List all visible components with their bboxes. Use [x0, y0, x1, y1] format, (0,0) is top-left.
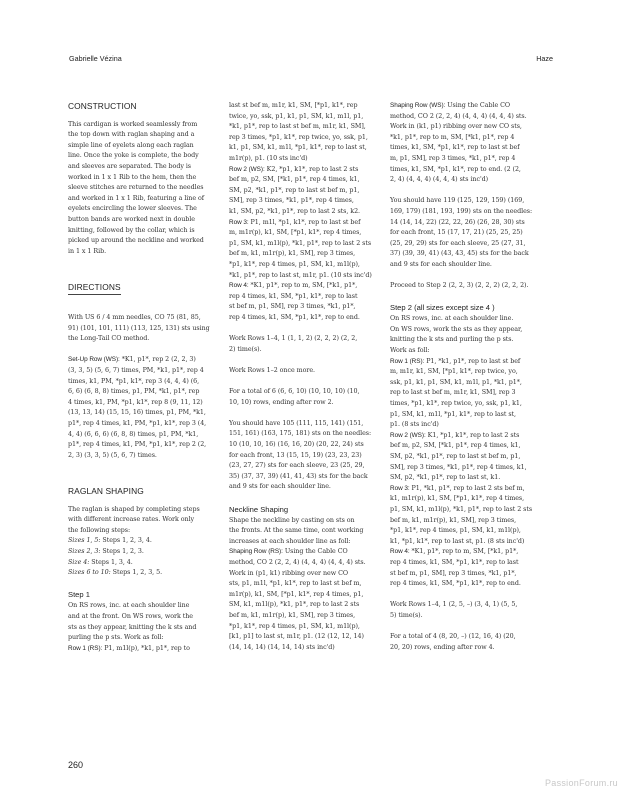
- step1-paragraph: On RS rows, inc. at each shoulder line a…: [68, 601, 211, 654]
- text-line: 20, 20) rows, ending after row 4.: [390, 643, 533, 654]
- proceed-paragraph: Proceed to Step 2 (2, 2, 3) (2, 2, 2) (2…: [390, 281, 533, 292]
- text-line: 10 (10, 10, 16) (16, 16, 20) (20, 22, 24…: [229, 440, 372, 451]
- step2-paragraph: On RS rows, inc. at each shoulder line. …: [390, 314, 533, 356]
- step2-row3: Row 3: P1, *k1, p1*, rep to last 2 sts b…: [390, 484, 533, 548]
- text-line: 37) (39, 39, 41) (43, 43, 45) sts for th…: [390, 249, 533, 260]
- text-line: and 9 sts for each shoulder line.: [229, 482, 372, 493]
- text-line: SM, p2, *k1, p1*, rep to last st bef m, …: [390, 452, 533, 463]
- text-line: st bef m, p1, SM], rep 3 times, *k1, p1*…: [229, 302, 372, 313]
- text-line: On RS rows, inc. at each shoulder line: [68, 601, 211, 612]
- text-line: P1, m1l, *p1, k1*, rep to last st bef: [249, 219, 361, 226]
- text-line: the following steps:: [68, 526, 211, 537]
- directions-heading: DIRECTIONS: [68, 282, 121, 295]
- text-line: times, *p1, k1*, rep twice, yo, ssk, p1,…: [390, 399, 533, 410]
- text-line: Work Rows 1–4, 1 (1, 1, 2) (2, 2, 2) (2,…: [229, 334, 372, 345]
- row4-instructions: Row 4: *K1, p1*, rep to m, SM, [*k1, p1*…: [229, 281, 372, 323]
- column-3: Shaping Row (WS): Using the Cable CO met…: [390, 101, 533, 653]
- size-label: Sizes 1, 5:: [68, 537, 100, 544]
- row-label: Row 1 (RS):: [390, 358, 424, 365]
- text-line: bef m, k1, m1r(p), k1, SM], rep 3 times,: [229, 611, 372, 622]
- text-line: picked up around the neckline and worked: [68, 236, 211, 247]
- text-line: 2) time(s).: [229, 345, 372, 356]
- text-line: knitting the k sts and purling the p sts…: [390, 335, 533, 346]
- row-label: Shaping Row (WS):: [390, 102, 445, 109]
- setup-row: Set-Up Row (WS): *K1, p1*, rep 2 (2, 2, …: [68, 355, 211, 461]
- row2-instructions: Row 2 (WS): K2, *p1, k1*, rep to last 2 …: [229, 165, 372, 218]
- text-line: times, k1, PM, *p1, k1*, rep 3 (4, 4, 4)…: [68, 377, 211, 388]
- text-line: (25, 29, 29) sts for each sleeve, 25 (27…: [390, 239, 533, 250]
- construction-paragraph: This cardigan is worked seamlessly from …: [68, 120, 211, 258]
- text-line: 35) (37, 37, 39) (41, 41, 43) sts for th…: [229, 472, 372, 483]
- text-line: bef m, p2, SM, [*k1, p1*, rep 4 times, k…: [390, 441, 533, 452]
- size-steps: Steps 1, 3, 4.: [89, 559, 132, 566]
- text-line: bef m, p2, SM, [*k1, p1*, rep 4 times, k…: [229, 175, 372, 186]
- text-line: st bef m, p1, SM], rep 3 times, *k1, p1*…: [390, 569, 533, 580]
- step2-row2: Row 2 (WS): K1, *p1, k1*, rep to last 2 …: [390, 431, 533, 484]
- text-line: rep 4 times, k1, SM, *p1, k1*, rep to en…: [229, 313, 372, 324]
- neckline-paragraph: Shape the neckline by casting on sts on …: [229, 516, 372, 654]
- total-rows-paragraph: For a total of 4 (8, 20, –) (12, 16, 4) …: [390, 632, 533, 653]
- text-line: times, k1, SM, *p1, k1*, rep to last st …: [390, 143, 533, 154]
- text-line: *k1, p1*, rep to last st bef m, m1r, k1,…: [229, 122, 372, 133]
- text-line: 14 (14, 14, 22) (22, 22, 26) (26, 28, 30…: [390, 218, 533, 229]
- size-label: Sizes 6 to 10:: [68, 569, 111, 576]
- row-label: Shaping Row (RS):: [229, 548, 283, 555]
- text-line: SM, p2, *k1, p1*, rep to last st, k1.: [390, 473, 533, 484]
- column-2: last st bef m, m1r, k1, SM, [*p1, k1*, r…: [229, 101, 372, 653]
- text-line: (3, 3, 5) (5, 6, 7) times, PM, *k1, p1*,…: [68, 366, 211, 377]
- text-line: 6, 6) (6, 8, 8) times, p1, PM, *k1, p1*,…: [68, 387, 211, 398]
- text-line: 4 times, k1, PM, *p1, k1*, rep 8 (9, 11,…: [68, 398, 211, 409]
- text-line: This cardigan is worked seamlessly from: [68, 120, 211, 131]
- text-line: 169, 179) (181, 193, 199) sts on the nee…: [390, 207, 533, 218]
- text-line: *k1, p1*, rep to m, SM, [*k1, p1*, rep 4: [390, 133, 533, 144]
- text-line: the top down with raglan shaping and a: [68, 130, 211, 141]
- text-line: Work in (p1, k1) ribbing over new CO: [229, 569, 372, 580]
- text-line: Work in (k1, p1) ribbing over new CO sts…: [390, 122, 533, 133]
- text-line: p1. (8 sts inc'd): [390, 420, 533, 431]
- text-line: *K1, p1*, rep to m, SM, [*k1, p1*,: [249, 282, 358, 289]
- text-line: and worked in 1 x 1 Rib, featuring a lin…: [68, 194, 211, 205]
- row-label: Row 2 (WS):: [390, 432, 426, 439]
- text-line: *k1, p1*, rep to last st, m1r, p1. (10 s…: [229, 271, 372, 282]
- text-line: 5) time(s).: [390, 611, 533, 622]
- text-line: Work as foll:: [390, 346, 533, 357]
- text-line: rep 4 times, k1, SM, *p1, k1*, rep to la…: [390, 558, 533, 569]
- setup-row-label: Set-Up Row (WS):: [68, 356, 120, 363]
- text-line: You should have 105 (111, 115, 141) (151…: [229, 419, 372, 430]
- text-line: m, m1r, k1, SM, [*p1, k1*, rep twice, yo…: [390, 367, 533, 378]
- text-line: (13, 13, 14) (15, 15, 16) times, p1, PM,…: [68, 408, 211, 419]
- text-line: *p1, k1*, rep 4 times, p1, SM, k1, m1l(p…: [229, 622, 372, 633]
- text-line: You should have 119 (125, 129, 159) (169…: [390, 196, 533, 207]
- row-label: Row 1 (RS):: [68, 645, 102, 652]
- work-rows-paragraph: Work Rows 1–4, 1 (2, 5, –) (3, 4, 1) (5,…: [390, 600, 533, 621]
- pattern-title: Haze: [536, 54, 553, 63]
- text-line: On WS rows, work the sts as they appear,: [390, 325, 533, 336]
- text-line: in 1 x 1 Rib.: [68, 247, 211, 258]
- work-once-paragraph: Work Rows 1–2 once more.: [229, 366, 372, 377]
- text-line: k1, p1, SM, k1, m1l, *p1, k1*, rep to la…: [229, 143, 372, 154]
- stitch-count-paragraph: You should have 119 (125, 129, 159) (169…: [390, 196, 533, 270]
- text-line: and at the front. On WS rows, work the: [68, 612, 211, 623]
- text-line: m1r(p), k1, SM, [*p1, k1*, rep 4 times, …: [229, 590, 372, 601]
- text-line: (23, 27, 27) sts for each sleeve, 23 (25…: [229, 461, 372, 472]
- text-line: the Long-Tail CO method.: [68, 334, 211, 345]
- text-line: worked in 1 x 1 Rib to the hem, then the: [68, 173, 211, 184]
- size-label: Sizes 2, 3:: [68, 548, 100, 555]
- text-line: bef m, k1, m1r(p), k1, SM], rep 3 times,: [390, 516, 533, 527]
- text-line: bef m, k1, m1r(p), k1, SM], rep 3 times,: [229, 249, 372, 260]
- text-line: SM], rep 3 times, *k1, p1*, rep 4 times,: [229, 196, 372, 207]
- text-line: with different increase rates. Work only: [68, 515, 211, 526]
- shaping-ws-row: Shaping Row (WS): Using the Cable CO met…: [390, 101, 533, 186]
- text-line: k1, SM, p2, *k1, p1*, rep to last 2 sts,…: [229, 207, 372, 218]
- row-label: Row 4:: [229, 282, 249, 289]
- text-line: SM], rep 3 times, *k1, p1*, rep 4 times,…: [390, 463, 533, 474]
- text-line: rep 4 times, k1, SM, *p1, k1*, rep to en…: [390, 579, 533, 590]
- text-line: *K1, p1*, rep 2 (2, 2, 3): [120, 356, 196, 363]
- text-line: 91) (101, 101, 111) (113, 125, 131) sts …: [68, 324, 211, 335]
- text-line: m1r(p), p1. (10 sts inc'd): [229, 154, 372, 165]
- row-label: Row 2 (WS):: [229, 166, 265, 173]
- text-line: line. Once the yoke is complete, the bod…: [68, 151, 211, 162]
- text-line: For a total of 4 (8, 20, –) (12, 16, 4) …: [390, 632, 533, 643]
- text-line: last st bef m, m1r, k1, SM, [*p1, k1*, r…: [229, 101, 372, 112]
- text-line: simple line of eyelets along each raglan: [68, 141, 211, 152]
- size-label: Size 4:: [68, 559, 89, 566]
- text-line: sleeve stitches are returned to the need…: [68, 183, 211, 194]
- text-line: p1, SM, k1, m1l, *p1, k1*, rep to last s…: [390, 410, 533, 421]
- text-line: (14, 14, 14) (14, 14, 14) sts inc'd): [229, 643, 372, 654]
- text-line: *p1, k1*, rep 4 times, p1, SM, k1, m1l(p…: [229, 260, 372, 271]
- neckline-heading: Neckline Shaping: [229, 504, 372, 516]
- text-line: K2, *p1, k1*, rep to last 2 sts: [265, 166, 359, 173]
- text-line: p1, SM, k1, m1l(p), *k1, p1*, rep to las…: [229, 239, 372, 250]
- text-line: button bands are worked next in double: [68, 215, 211, 226]
- text-line: m, p1, SM], rep 3 times, *k1, p1*, rep 4: [390, 154, 533, 165]
- text-line: Work Rows 1–4, 1 (2, 5, –) (3, 4, 1) (5,…: [390, 600, 533, 611]
- text-line: For a total of 6 (6, 6, 10) (10, 10, 10)…: [229, 387, 372, 398]
- construction-heading: CONSTRUCTION: [68, 101, 211, 112]
- text-line: 4, 4) (6, 6, 6) (6, 8, 8) times, p1, PM,…: [68, 430, 211, 441]
- column-1: CONSTRUCTION This cardigan is worked sea…: [68, 101, 211, 654]
- text-line: The raglan is shaped by completing steps: [68, 505, 211, 516]
- text-line: ssk, p1, k1, p1, SM, k1, m1l, p1, *k1, p…: [390, 378, 533, 389]
- text-line: knitting, followed by the collar, which …: [68, 226, 211, 237]
- stitch-count-paragraph: You should have 105 (111, 115, 141) (151…: [229, 419, 372, 493]
- author-name: Gabrielle Vézina: [69, 54, 122, 63]
- text-line: *K1, p1*, rep to m, SM, [*k1, p1*,: [410, 548, 519, 555]
- text-line: p1*, rep 4 times, k1, PM, *p1, k1*, rep …: [68, 440, 211, 451]
- text-line: for each front, 13 (15, 15, 19) (23, 23,…: [229, 451, 372, 462]
- row3-instructions: Row 3: P1, m1l, *p1, k1*, rep to last st…: [229, 218, 372, 282]
- text-line: p1, SM, k1, m1l(p), *k1, p1*, rep to las…: [390, 505, 533, 516]
- text-line: [k1, p1] to last st, m1r, p1. (12 (12, 1…: [229, 632, 372, 643]
- text-line: SM, k1, m1l(p), *k1, p1*, rep to last 2 …: [229, 600, 372, 611]
- text-line: K1, *p1, k1*, rep to last 2 sts: [426, 432, 520, 439]
- text-line: k1, *p1, k1*, rep to last st, p1. (8 sts…: [390, 537, 533, 548]
- text-line: P1, m1l(p), *k1, p1*, rep to: [102, 645, 190, 652]
- text-line: twice, yo, ssk, p1, k1, p1, SM, k1, m1l,…: [229, 112, 372, 123]
- text-line: times, k1, SM, *p1, k1*, rep to end. (2 …: [390, 165, 533, 176]
- text-line: method, CO 2 (2, 2, 4) (4, 4, 4) (4, 4, …: [390, 112, 533, 123]
- text-line: On RS rows, inc. at each shoulder line.: [390, 314, 533, 325]
- text-line: rep 4 times, k1, SM, *p1, k1*, rep to la…: [229, 292, 372, 303]
- text-line: method, CO 2 (2, 2, 4) (4, 4, 4) (4, 4, …: [229, 558, 372, 569]
- text-line: eyelets encircling the lower sleeves. Th…: [68, 204, 211, 215]
- directions-intro: With US 6 / 4 mm needles, CO 75 (81, 85,…: [68, 313, 211, 345]
- text-line: P1, *k1, p1*, rep to last st bef: [424, 358, 520, 365]
- step2-row1: Row 1 (RS): P1, *k1, p1*, rep to last st…: [390, 357, 533, 431]
- text-line: sts, p1, m1l, *p1, k1*, rep to last st b…: [229, 579, 372, 590]
- text-line: rep 3 times, *p1, k1*, rep twice, yo, ss…: [229, 133, 372, 144]
- text-line: the fronts. At the same time, cont worki…: [229, 526, 372, 537]
- text-line: and sleeves are separated. The body is: [68, 162, 211, 173]
- watermark: PassionForum.ru: [545, 778, 618, 788]
- text-line: increases at each shoulder line as foll:: [229, 537, 372, 548]
- text-line: rep to last st bef m, m1r, k1, SM], rep …: [390, 388, 533, 399]
- text-line: 2, 4) (4, 4, 4) (4, 4, 4) sts inc'd): [390, 175, 533, 186]
- total-rows-paragraph: For a total of 6 (6, 6, 10) (10, 10, 10)…: [229, 387, 372, 408]
- work-rows-paragraph: Work Rows 1–4, 1 (1, 1, 2) (2, 2, 2) (2,…: [229, 334, 372, 355]
- step2-heading: Step 2 (all sizes except size 4 ): [390, 302, 533, 314]
- size-steps: Steps 1, 2, 3.: [100, 548, 143, 555]
- text-line: purling the p sts. Work as foll:: [68, 633, 211, 644]
- row1-continuation: last st bef m, m1r, k1, SM, [*p1, k1*, r…: [229, 101, 372, 165]
- text-line: m, m1r(p), k1, SM, [*p1, k1*, rep 4 time…: [229, 228, 372, 239]
- size-steps: Steps 1, 2, 3, 5.: [111, 569, 162, 576]
- text-line: and 9 sts for each shoulder line.: [390, 260, 533, 271]
- text-line: Using the Cable CO: [283, 548, 348, 555]
- text-line: 151, 161) (163, 175, 181) sts on the nee…: [229, 429, 372, 440]
- row-label: Row 3:: [229, 219, 249, 226]
- raglan-paragraph: The raglan is shaped by completing steps…: [68, 505, 211, 579]
- text-line: P1, *k1, p1*, rep to last 2 sts bef m,: [410, 485, 525, 492]
- page-number: 260: [68, 760, 83, 770]
- text-line: sts as they appear, knitting the k sts a…: [68, 623, 211, 634]
- text-line: 10, 10) rows, ending after row 2.: [229, 398, 372, 409]
- text-line: Using the Cable CO: [445, 102, 510, 109]
- text-line: p1*, rep 4 times, k1, PM, *p1, k1*, rep …: [68, 419, 211, 430]
- size-steps: Steps 1, 2, 3, 4.: [100, 537, 151, 544]
- step2-row4: Row 4: *K1, p1*, rep to m, SM, [*k1, p1*…: [390, 547, 533, 589]
- text-line: k1, m1r(p), k1, SM, [*p1, k1*, rep 4 tim…: [390, 494, 533, 505]
- running-header: Gabrielle Vézina Haze: [69, 54, 553, 68]
- row-label: Row 3:: [390, 485, 410, 492]
- raglan-heading: RAGLAN SHAPING: [68, 486, 211, 497]
- row-label: Row 4:: [390, 548, 410, 555]
- text-line: Shape the neckline by casting on sts on: [229, 516, 372, 527]
- text-line: SM, p2, *k1, p1*, rep to last st bef m, …: [229, 186, 372, 197]
- text-line: 2, 3) (3, 3, 5) (5, 6, 7) times.: [68, 451, 211, 462]
- text-line: for each front, 15 (17, 17, 21) (25, 25,…: [390, 228, 533, 239]
- step1-heading: Step 1: [68, 589, 211, 601]
- text-line: *p1, k1*, rep 4 times, p1, SM, k1, m1l(p…: [390, 526, 533, 537]
- text-line: With US 6 / 4 mm needles, CO 75 (81, 85,: [68, 313, 211, 324]
